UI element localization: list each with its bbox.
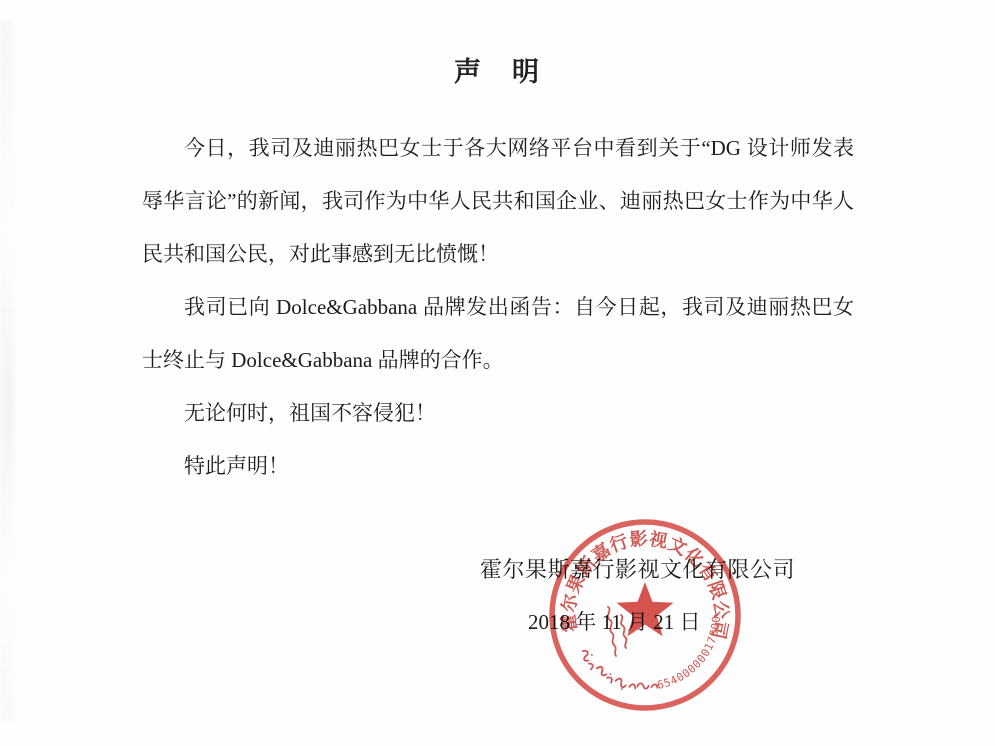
paragraph-1: 今日，我司及迪丽热巴女士于各大网络平台中看到关于“DG 设计师发表辱华言论”的新…	[142, 122, 854, 281]
scan-artifact	[0, 20, 14, 720]
paragraph-2: 我司已向 Dolce&Gabbana 品牌发出函告：自今日起，我司及迪丽热巴女士…	[142, 281, 854, 387]
statement-document: 声 明 今日，我司及迪丽热巴女士于各大网络平台中看到关于“DG 设计师发表辱华言…	[0, 0, 995, 746]
document-body: 今日，我司及迪丽热巴女士于各大网络平台中看到关于“DG 设计师发表辱华言论”的新…	[142, 122, 854, 493]
paragraph-4: 特此声明！	[142, 440, 854, 493]
paragraph-3: 无论何时，祖国不容侵犯！	[142, 387, 854, 440]
document-title: 声 明	[0, 50, 995, 89]
signature-date: 2018 年 11 月 21 日	[528, 606, 700, 636]
signature-company-name: 霍尔果斯嘉行影视文化有限公司	[480, 553, 795, 584]
